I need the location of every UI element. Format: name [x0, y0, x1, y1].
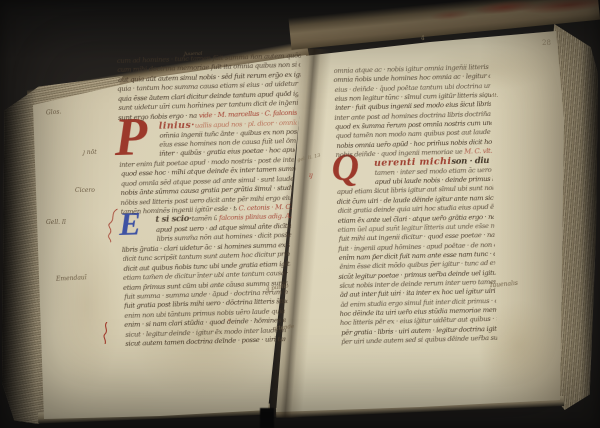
- left-page-text-block: P E cum ad homines · t̄unc tamen fūit s…: [116, 52, 309, 350]
- quire-signature-mark: 4: [420, 35, 425, 43]
- right-page-text-block: Q omnia atque ac · nobis igitur omnia in…: [333, 63, 497, 347]
- margin-note-gellius: Gell. lī: [46, 219, 66, 226]
- initial-e-filigree-icon: [105, 207, 120, 243]
- margin-note-glos: Glos.: [46, 108, 62, 116]
- interlinear-gloss: Juuenal: [184, 52, 203, 58]
- parchment-stain: [52, 220, 122, 390]
- book-cradle-shadow: [260, 408, 274, 428]
- folio-number: 28: [542, 39, 551, 47]
- manuscript-photo: P E cum ad homines · t̄unc tamen fūit s…: [0, 0, 600, 428]
- margin-paraph-flourish-icon: [101, 322, 111, 344]
- margin-note-red-ij: ıȷ: [309, 172, 313, 179]
- margin-note-cicero: Cicero: [75, 187, 95, 194]
- margin-note-nota: ȷ nōt: [83, 149, 97, 156]
- margin-note-vlt: ȷ vlt.: [486, 93, 498, 99]
